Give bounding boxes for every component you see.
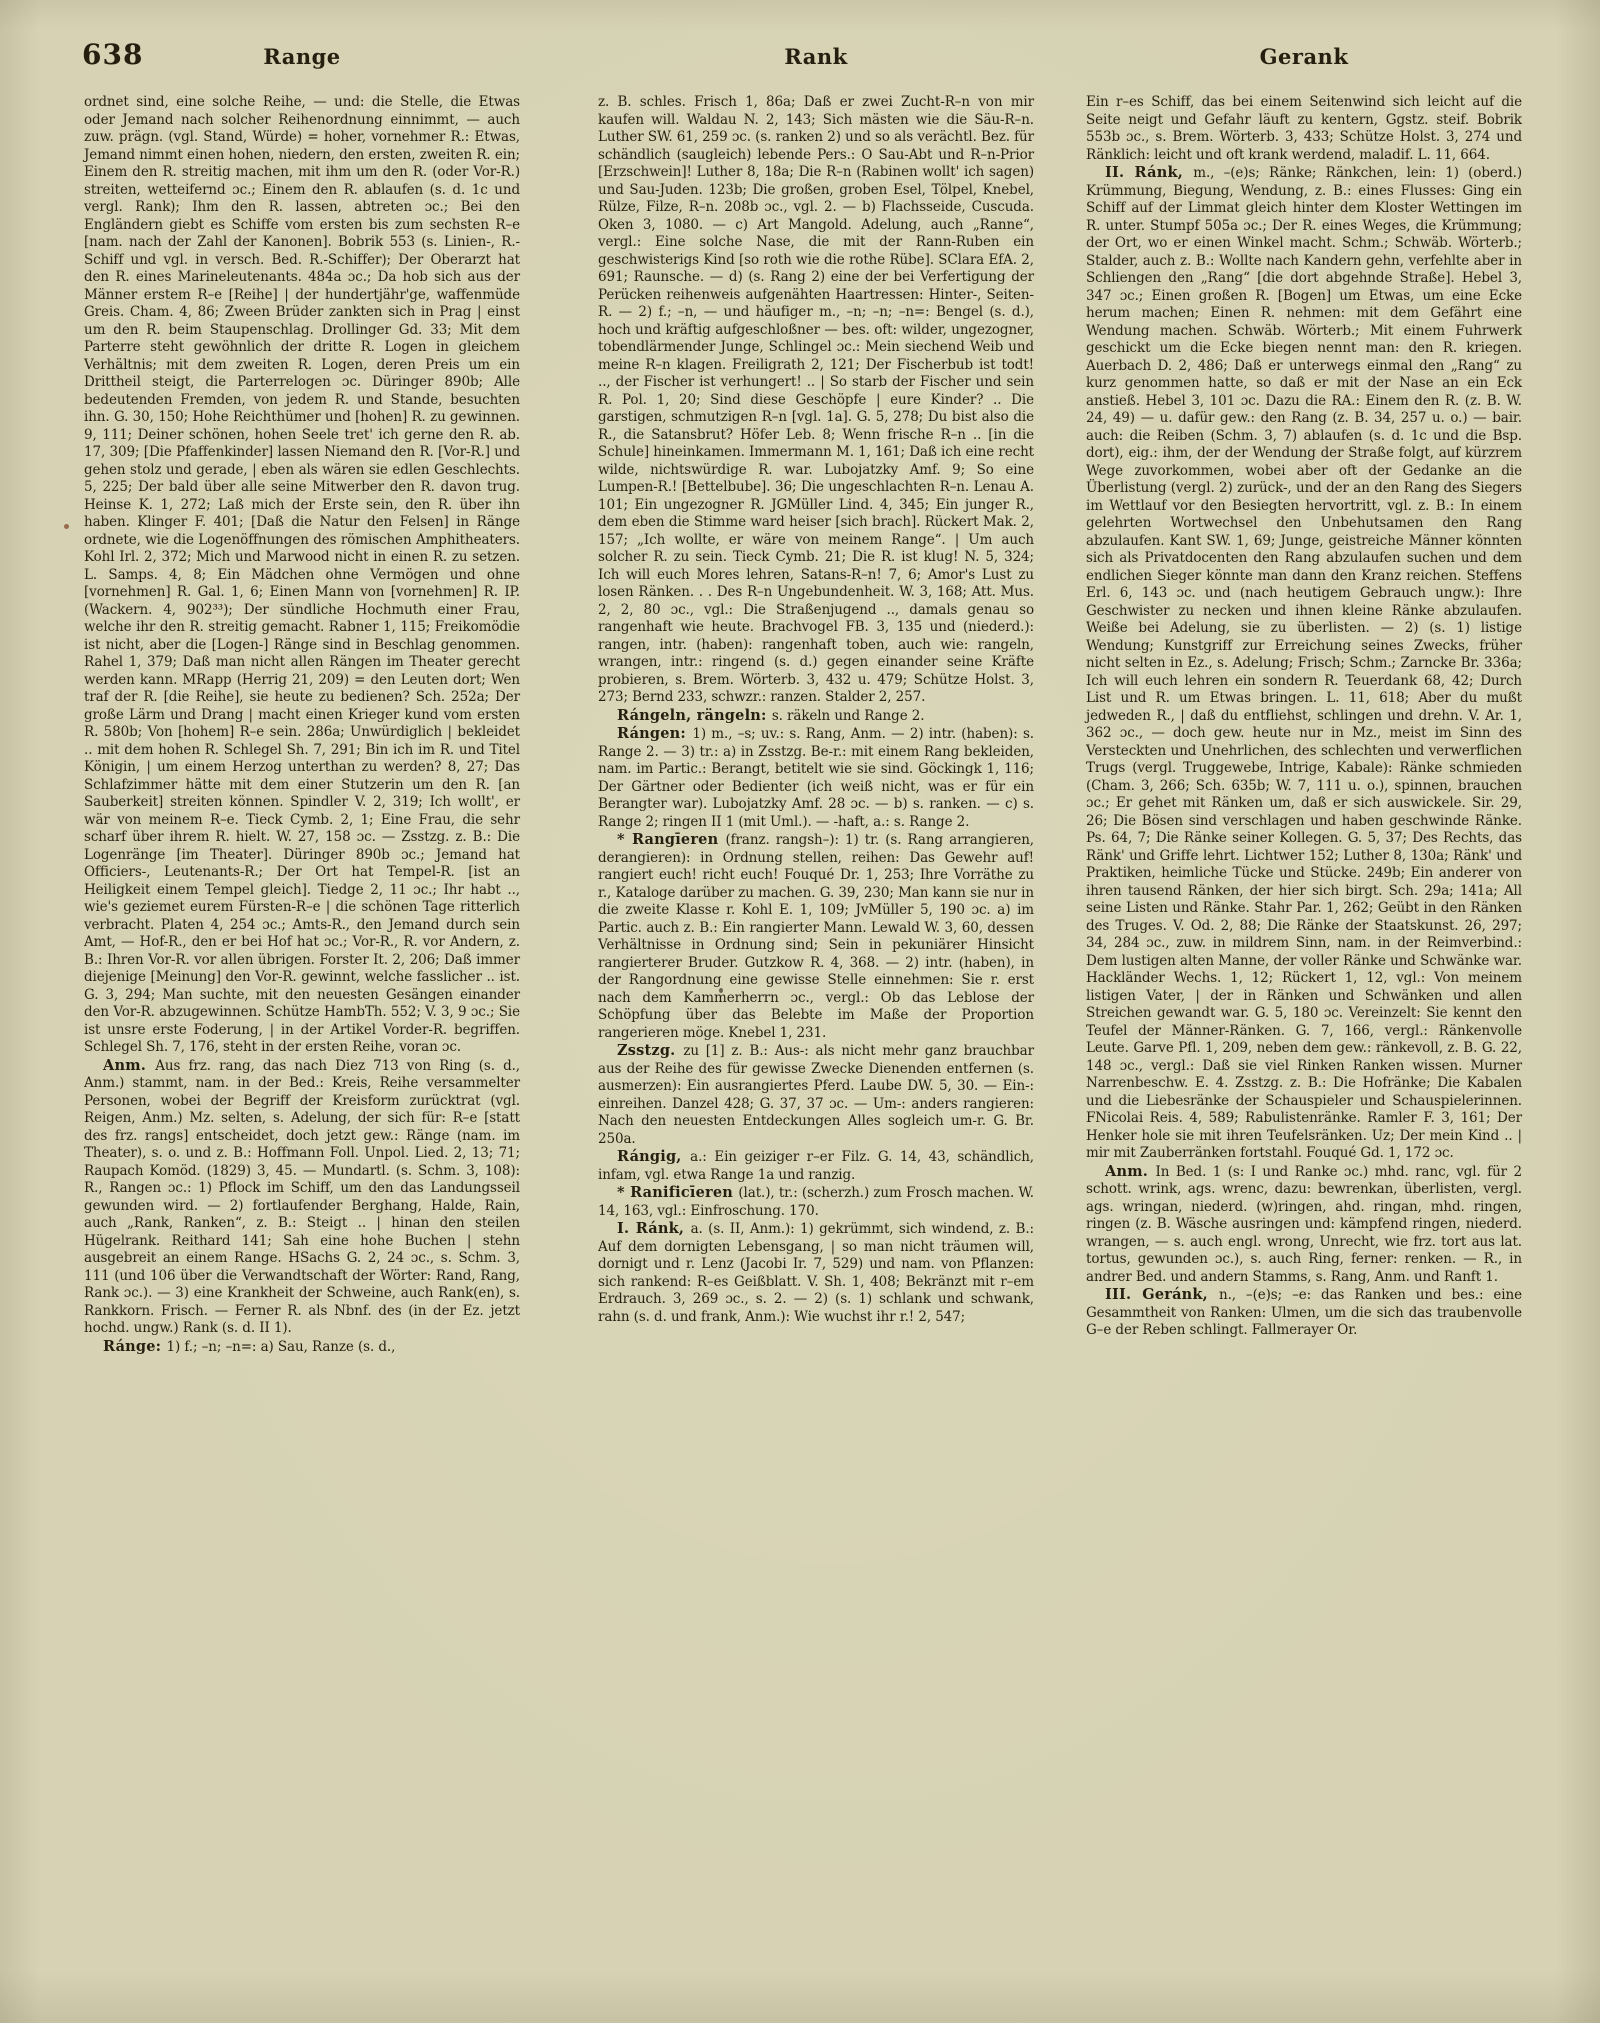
entry-paragraph: ordnet sind, eine solche Reihe, — und: d… [84, 94, 520, 1057]
column-header-rank: Rank [598, 44, 1034, 69]
text-column-middle: z. B. schles. Frisch 1, 86a; Daß er zwei… [598, 94, 1034, 1326]
entry-headword: Rángeln, rängeln: [617, 707, 772, 724]
entry-paragraph: Anm. In Bed. 1 (s: I und Ranke ɔc.) mhd.… [1086, 1163, 1522, 1287]
entry-headword: Rángen: [617, 725, 692, 742]
entry-paragraph: II. Ránk, m., –(e)s; Ränke; Ränkchen, le… [1086, 164, 1522, 1163]
entry-paragraph: Anm. Aus frz. rang, das nach Diez 713 vo… [84, 1057, 520, 1338]
entry-paragraph: Rángen: 1) m., –s; uv.: s. Rang, Anm. — … [598, 725, 1034, 831]
entry-headword: III. Geránk, [1105, 1286, 1219, 1303]
column-header-gerank: Gerank [1086, 44, 1522, 69]
entry-headword: II. Ránk, [1105, 164, 1193, 181]
entry-paragraph: z. B. schles. Frisch 1, 86a; Daß er zwei… [598, 94, 1034, 707]
entry-headword: Ránge: [103, 1338, 167, 1355]
entry-headword: Anm. [103, 1057, 155, 1074]
column-header-range: Range [84, 44, 520, 69]
entry-headword: Rángig, [617, 1148, 690, 1165]
entry-paragraph: Rángeln, rängeln: s. räkeln und Range 2. [598, 707, 1034, 726]
entry-paragraph: Ránge: 1) f.; –n; –n=: a) Sau, Ranze (s.… [84, 1338, 520, 1357]
entry-paragraph: I. Ránk, a. (s. II, Anm.): 1) gekrümmt, … [598, 1220, 1034, 1326]
entry-headword: Zsstzg. [617, 1042, 683, 1059]
entry-paragraph: Zsstzg. zu [1] z. B.: Aus-: als nicht me… [598, 1042, 1034, 1148]
entry-headword: * Rangīeren [617, 831, 726, 848]
entry-paragraph: Rángig, a.: Ein geiziger r–er Filz. G. 1… [598, 1148, 1034, 1184]
entry-headword: * Ranificīeren [617, 1184, 738, 1201]
entry-paragraph: * Ranificīeren (lat.), tr.: (scherzh.) z… [598, 1184, 1034, 1220]
entry-headword: Anm. [1105, 1163, 1156, 1180]
entry-paragraph: Ein r–es Schiff, das bei einem Seitenwin… [1086, 94, 1522, 164]
dictionary-page: 638 Range Rank Gerank ordnet sind, eine … [0, 0, 1600, 2023]
entry-headword: I. Ránk, [617, 1220, 691, 1237]
entry-paragraph: III. Geránk, n., –(e)s; –e: das Ranken u… [1086, 1286, 1522, 1340]
text-column-right: Ein r–es Schiff, das bei einem Seitenwin… [1086, 94, 1522, 1340]
text-column-left: ordnet sind, eine solche Reihe, — und: d… [84, 94, 520, 1356]
paper-speck [64, 524, 69, 529]
entry-paragraph: * Rangīeren (franz. rangsh–): 1) tr. (s.… [598, 831, 1034, 1042]
